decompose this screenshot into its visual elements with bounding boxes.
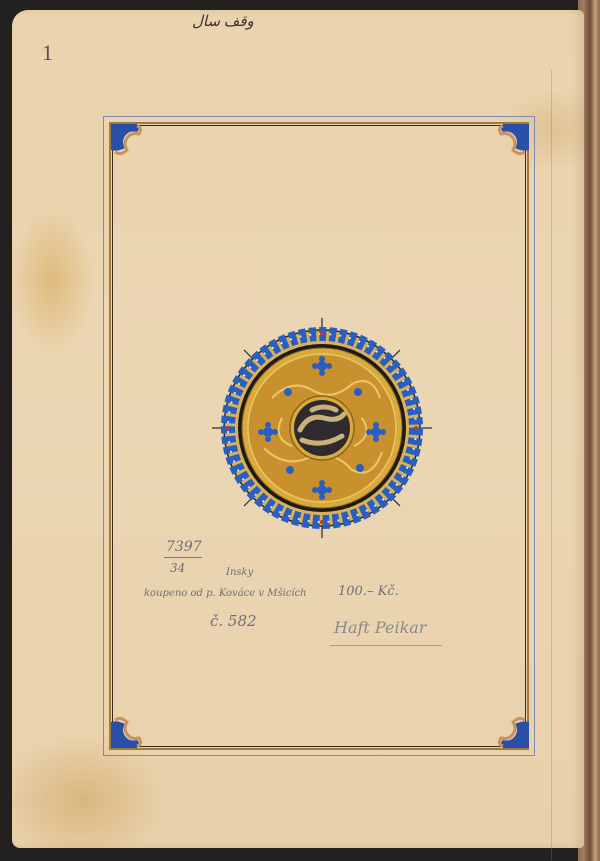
sub-number: 34	[170, 561, 185, 575]
corner-ornament-top-left-icon	[111, 124, 145, 158]
annotation-word: Insky	[226, 567, 253, 578]
manuscript-title-note: Haft Peikar	[334, 618, 426, 637]
shamsa-medallion-icon	[212, 318, 432, 538]
corner-ornament-bottom-left-icon	[111, 714, 145, 748]
catalog-number: 7397	[166, 539, 202, 555]
folio-number: 1	[42, 40, 53, 66]
top-inscription: وقف سال	[192, 12, 254, 31]
shelfmark-number: č. 582	[210, 612, 257, 630]
purchase-price: 100.– Kč.	[338, 584, 399, 599]
provenance-note: koupeno od p. Kováce v Mšicích	[144, 588, 307, 599]
title-underline	[330, 645, 442, 646]
page-fold-line	[551, 70, 552, 860]
corner-ornament-top-right-icon	[495, 124, 529, 158]
catalog-number-rule	[164, 557, 202, 558]
corner-ornament-bottom-right-icon	[495, 714, 529, 748]
